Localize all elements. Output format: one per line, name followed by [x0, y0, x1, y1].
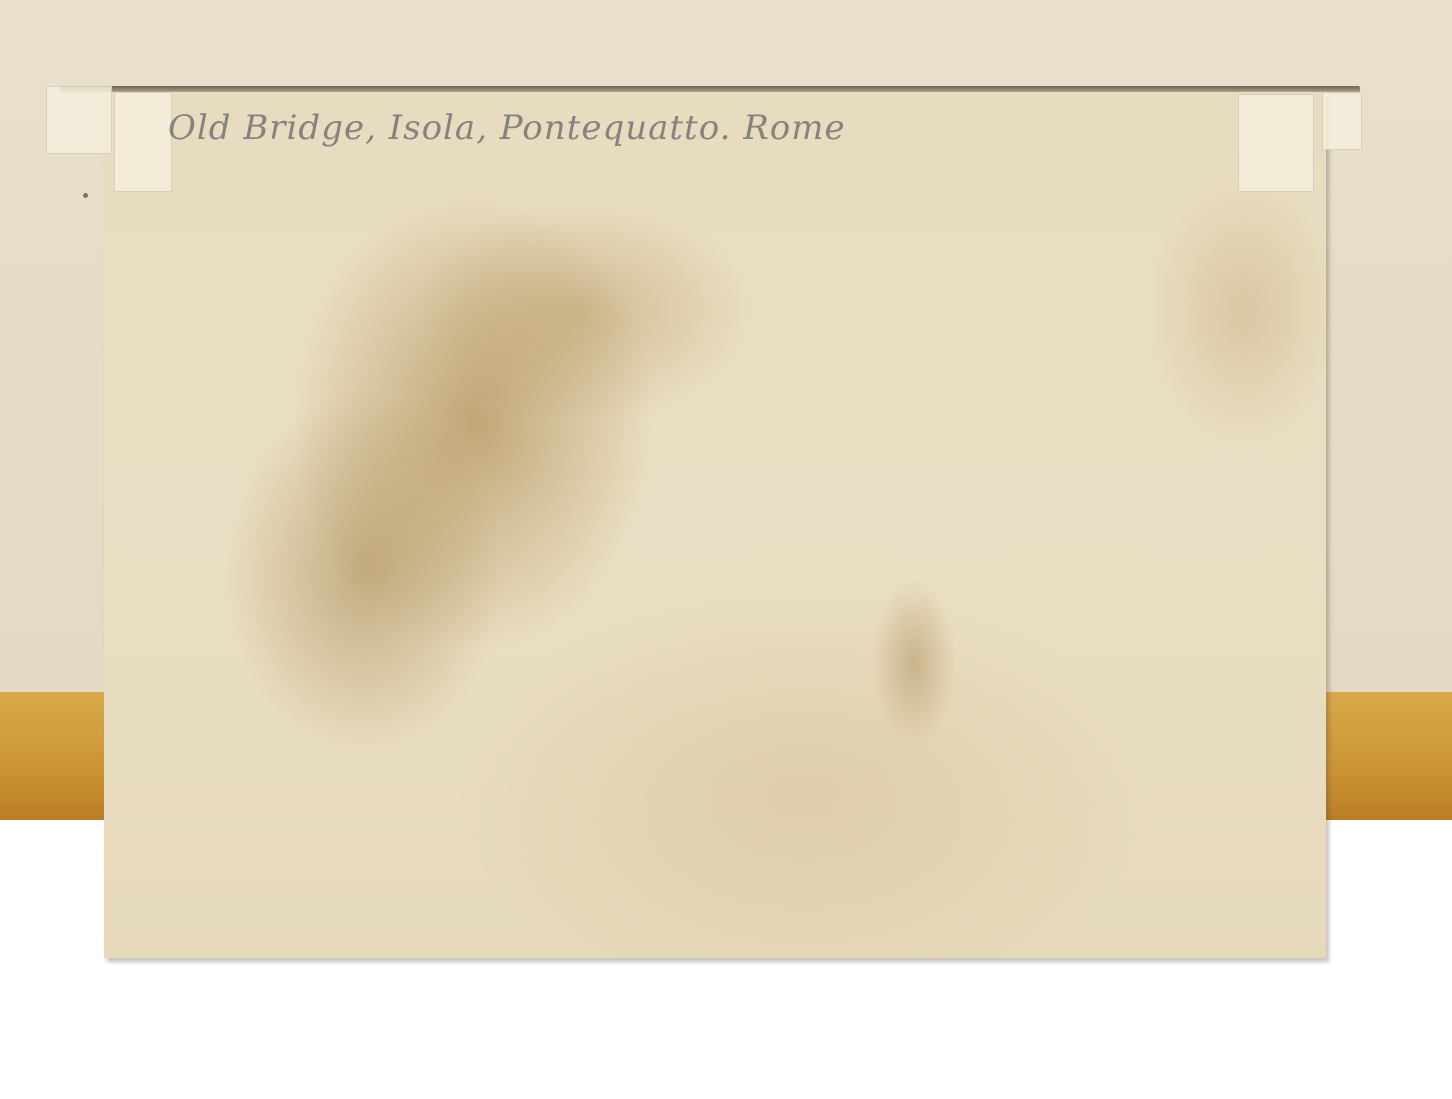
pencil-inscription: Old Bridge, Isola, Pontequatto. Rome — [168, 100, 988, 156]
tape-right-inner — [1238, 94, 1314, 192]
tape-right-outer — [1322, 92, 1362, 150]
tape-left-inner — [114, 92, 172, 192]
tape-left-outer — [46, 86, 112, 154]
mount-speck — [83, 193, 88, 198]
watercolor-card-back — [104, 92, 1326, 958]
